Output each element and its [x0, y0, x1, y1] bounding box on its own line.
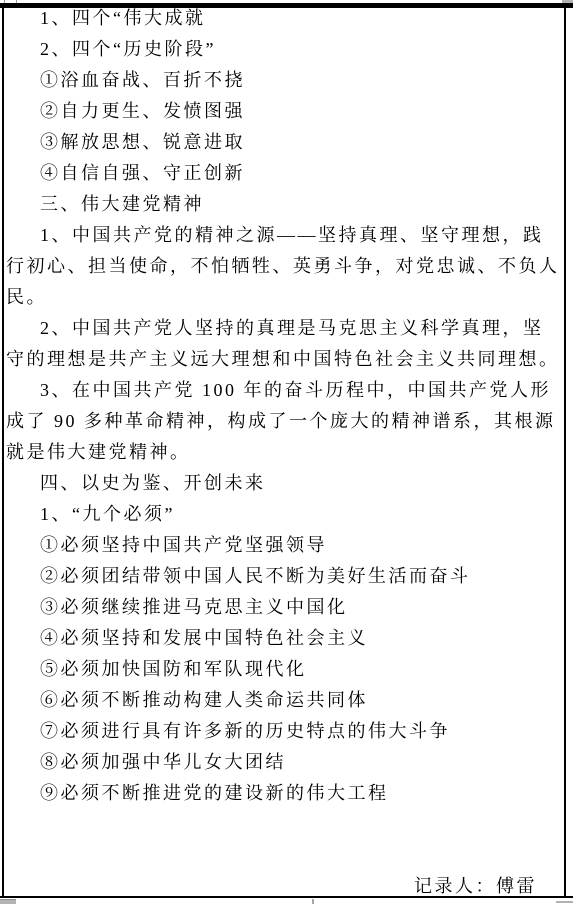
- document-line: 民。: [6, 282, 563, 313]
- document-page: 1、四个“伟大成就2、四个“历史阶段”①浴血奋战、百折不挠②自力更生、发愤图强③…: [0, 0, 573, 904]
- document-line: 2、中国共产党人坚持的真理是马克思主义科学真理，坚: [6, 313, 563, 344]
- document-line: ③必须继续推进马克思主义中国化: [6, 592, 563, 623]
- document-line: 行初心、担当使命，不怕牺牲、英勇斗争，对党忠诚、不负人: [6, 251, 563, 282]
- document-line: ②自力更生、发愤图强: [6, 96, 563, 127]
- document-line: ⑧必须加强中华儿女大团结: [6, 747, 563, 778]
- document-line: ①必须坚持中国共产党坚强领导: [6, 530, 563, 561]
- document-line: 守的理想是共产主义远大理想和中国特色社会主义共同理想。: [6, 344, 563, 375]
- document-line: ①浴血奋战、百折不挠: [6, 65, 563, 96]
- document-line: ③解放思想、锐意进取: [6, 127, 563, 158]
- document-line: 成了 90 多种革命精神，构成了一个庞大的精神谱系，其根源: [6, 406, 563, 437]
- document-line: 就是伟大建党精神。: [6, 437, 563, 468]
- document-line: ④必须坚持和发展中国特色社会主义: [6, 623, 563, 654]
- document-line: 1、中国共产党的精神之源——坚持真理、坚守理想，践: [6, 220, 563, 251]
- document-line: ④自信自强、守正创新: [6, 158, 563, 189]
- document-line: 四、以史为鉴、开创未来: [6, 468, 563, 499]
- document-line: ⑥必须不断推动构建人类命运共同体: [6, 685, 563, 716]
- table-border-left: [2, 8, 4, 897]
- document-line: 三、伟大建党精神: [6, 189, 563, 220]
- document-body: 1、四个“伟大成就2、四个“历史阶段”①浴血奋战、百折不挠②自力更生、发愤图强③…: [6, 3, 563, 902]
- document-line: ⑦必须进行具有许多新的历史特点的伟大斗争: [6, 716, 563, 747]
- document-line: 1、四个“伟大成就: [6, 3, 563, 34]
- table-border-right: [564, 8, 566, 897]
- recorder-line: 记录人：傅雷: [6, 871, 563, 902]
- document-line: ⑤必须加快国防和军队现代化: [6, 654, 563, 685]
- document-line: 3、在中国共产党 100 年的奋斗历程中，中国共产党人形: [6, 375, 563, 406]
- document-line: 1、“九个必须”: [6, 499, 563, 530]
- document-line: 2、四个“历史阶段”: [6, 34, 563, 65]
- document-line: ②必须团结带领中国人民不断为美好生活而奋斗: [6, 561, 563, 592]
- document-line: [6, 809, 563, 840]
- document-line: ⑨必须不断推进党的建设新的伟大工程: [6, 778, 563, 809]
- document-line: [6, 840, 563, 871]
